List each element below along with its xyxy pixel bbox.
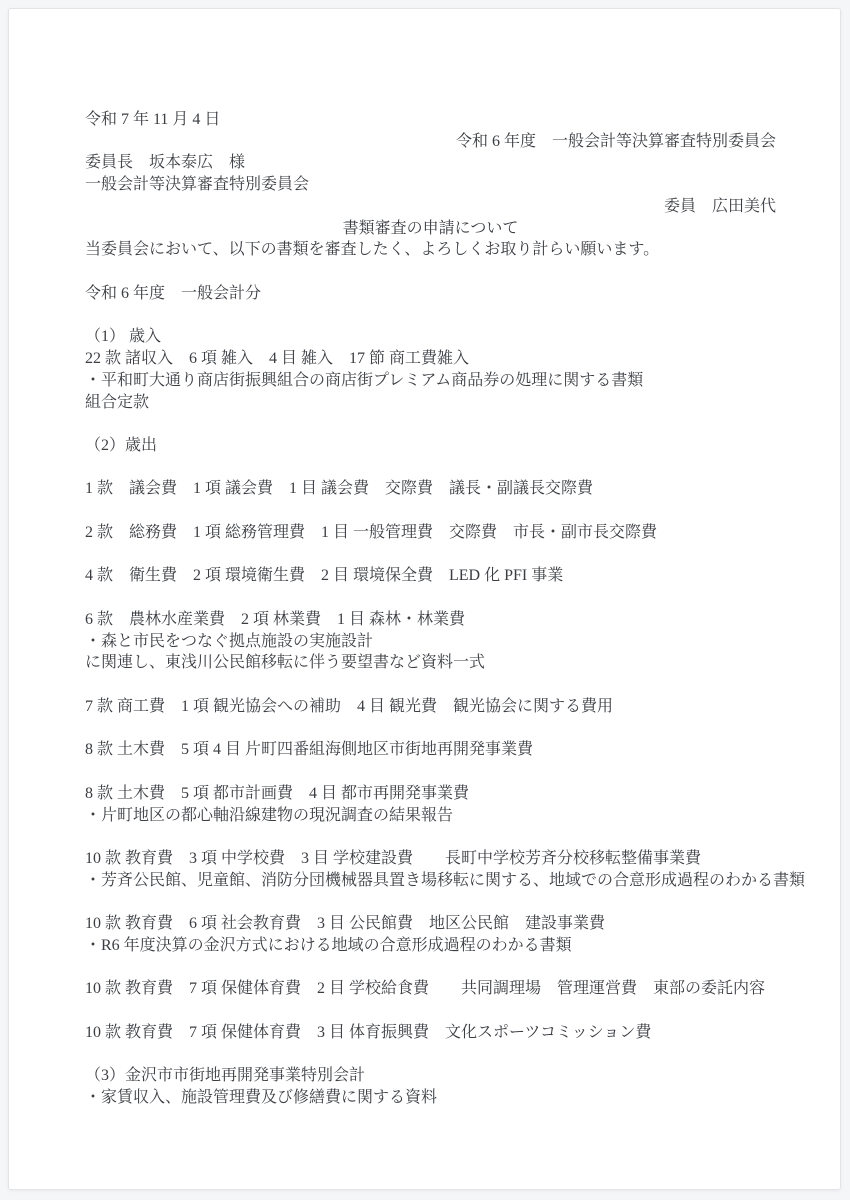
document-line: ・森と市民をつなぐ拠点施設の実施設計 (85, 631, 776, 653)
blank-line (85, 413, 776, 435)
subject-title: 書類審査の申請について (85, 218, 776, 240)
document-line: 10 款 教育費 7 項 保健体育費 2 目 学校給食費 共同調理場 管理運営費… (85, 978, 776, 1000)
date-line: 令和 7 年 11 月 4 日 (85, 109, 776, 131)
blank-line (85, 544, 776, 566)
sender-line: 委員 広田美代 (85, 196, 776, 218)
document-line: 2 款 総務費 1 項 総務管理費 1 目 一般管理費 交際費 市長・副市長交際… (85, 522, 776, 544)
blank-line (85, 674, 776, 696)
blank-line (85, 261, 776, 283)
addressee-line: 委員長 坂本泰広 様 (85, 152, 776, 174)
blank-line (85, 957, 776, 979)
section-3-heading: （3）金沢市市街地再開発事業特別会計 (85, 1065, 776, 1087)
document-line: ・芳斉公民館、児童館、消防分団機械器具置き場移転に関する、地域での合意形成過程の… (85, 870, 776, 892)
document-line: 10 款 教育費 3 項 中学校費 3 目 学校建設費 長町中学校芳斉分校移転整… (85, 848, 776, 870)
document-line: 1 款 議会費 1 項 議会費 1 目 議会費 交際費 議長・副議長交際費 (85, 478, 776, 500)
document-line: に関連し、東浅川公民館移転に伴う要望書など資料一式 (85, 652, 776, 674)
fiscal-year-heading: 令和 6 年度 一般会計分 (85, 283, 776, 305)
blank-line (85, 761, 776, 783)
section-1-heading: （1） 歳入 (85, 326, 776, 348)
document-line: 10 款 教育費 7 項 保健体育費 3 目 体育振興費 文化スポーツコミッショ… (85, 1022, 776, 1044)
document-line: 組合定款 (85, 392, 776, 414)
document-line: 22 款 諸収入 6 項 雑入 4 目 雑入 17 節 商工費雑入 (85, 348, 776, 370)
document-body: 令和 7 年 11 月 4 日令和 6 年度 一般会計等決算審査特別委員会委員長… (85, 109, 776, 1109)
blank-line (85, 718, 776, 740)
blank-line (85, 1000, 776, 1022)
document-line: 8 款 土木費 5 項 都市計画費 4 目 都市再開発事業費 (85, 783, 776, 805)
document-line: 8 款 土木費 5 項 4 目 片町四番組海側地区市街地再開発事業費 (85, 739, 776, 761)
blank-line (85, 500, 776, 522)
document-line: 4 款 衛生費 2 項 環境衛生費 2 目 環境保全費 LED 化 PFI 事業 (85, 565, 776, 587)
blank-line (85, 826, 776, 848)
committee-name-line: 令和 6 年度 一般会計等決算審査特別委員会 (85, 131, 776, 153)
addressee-org-line: 一般会計等決算審査特別委員会 (85, 174, 776, 196)
document-line: ・家賃収入、施設管理費及び修繕費に関する資料 (85, 1087, 776, 1109)
document-line: 10 款 教育費 6 項 社会教育費 3 目 公民館費 地区公民館 建設事業費 (85, 913, 776, 935)
document-line: 7 款 商工費 1 項 観光協会への補助 4 目 観光費 観光協会に関する費用 (85, 696, 776, 718)
blank-line (85, 587, 776, 609)
document-line: 6 款 農林水産業費 2 項 林業費 1 目 森林・林業費 (85, 609, 776, 631)
document-line: ・R6 年度決算の金沢方式における地域の合意形成過程のわかる書類 (85, 935, 776, 957)
blank-line (85, 1044, 776, 1066)
request-sentence: 当委員会において、以下の書類を審査したく、よろしくお取り計らい願います。 (85, 239, 776, 261)
blank-line (85, 891, 776, 913)
document-page: 令和 7 年 11 月 4 日令和 6 年度 一般会計等決算審査特別委員会委員長… (8, 8, 841, 1190)
section-2-heading: （2）歳出 (85, 435, 776, 457)
blank-line (85, 305, 776, 327)
document-line: ・平和町大通り商店街振興組合の商店街プレミアム商品券の処理に関する書類 (85, 370, 776, 392)
document-line: ・片町地区の都心軸沿線建物の現況調査の結果報告 (85, 805, 776, 827)
blank-line (85, 457, 776, 479)
